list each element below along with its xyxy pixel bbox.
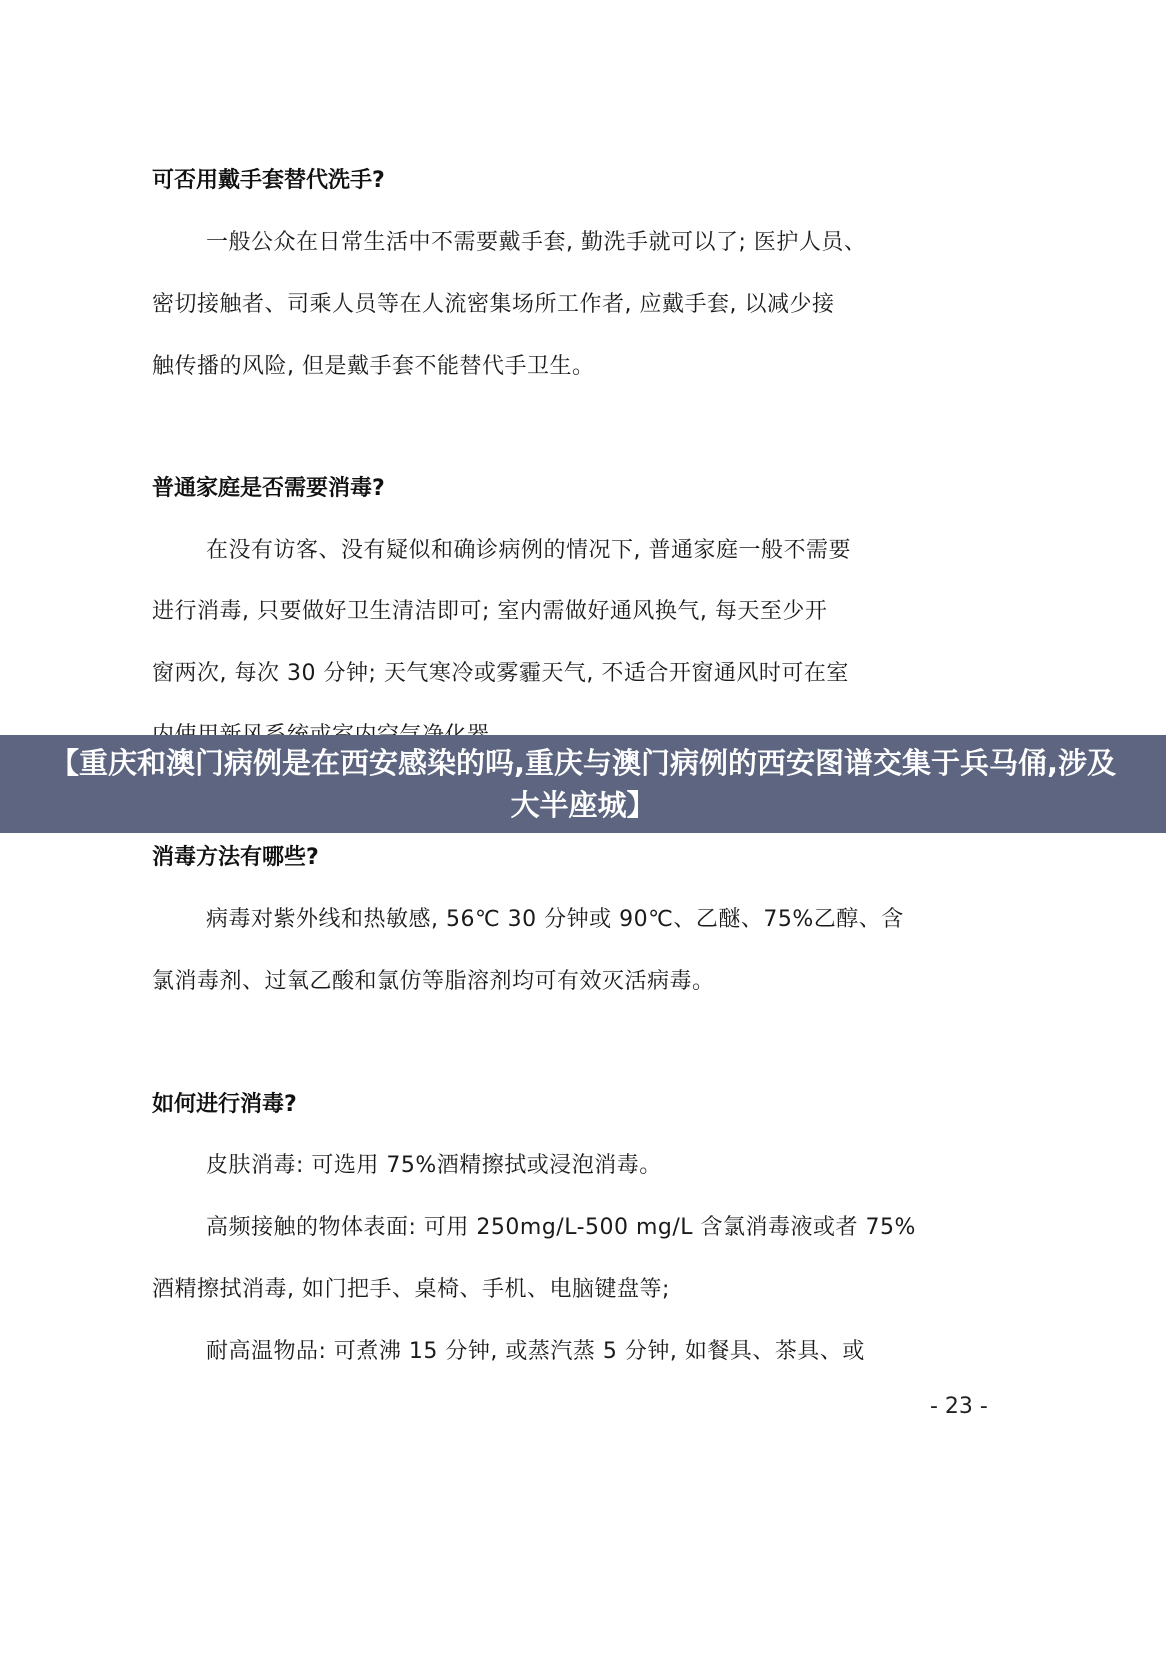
- section-heading-disinfection-methods: 消毒方法有哪些?: [152, 843, 319, 873]
- paragraph-line: 皮肤消毒: 可选用 75%酒精擦拭或浸泡消毒。: [206, 1151, 662, 1181]
- paragraph-line: 酒精擦拭消毒, 如门把手、桌椅、手机、电脑键盘等;: [152, 1275, 670, 1305]
- paragraph-line: 进行消毒, 只要做好卫生清洁即可; 室内需做好通风换气, 每天至少开: [152, 597, 827, 627]
- section-heading-how-to-disinfect: 如何进行消毒?: [152, 1090, 297, 1120]
- paragraph-line: 触传播的风险, 但是戴手套不能替代手卫生。: [152, 352, 595, 382]
- paragraph-line: 一般公众在日常生活中不需要戴手套, 勤洗手就可以了; 医护人员、: [206, 228, 866, 258]
- banner-title: 【重庆和澳门病例是在西安感染的吗,重庆与澳门病例的西安图谱交集于兵马俑,涉及大半…: [40, 742, 1126, 826]
- paragraph-line: 高频接触的物体表面: 可用 250mg/L-500 mg/L 含氯消毒液或者 7…: [206, 1213, 916, 1243]
- paragraph-line: 窗两次, 每次 30 分钟; 天气寒冷或雾霾天气, 不适合开窗通风时可在室: [152, 659, 849, 689]
- title-banner: 【重庆和澳门病例是在西安感染的吗,重庆与澳门病例的西安图谱交集于兵马俑,涉及大半…: [0, 735, 1166, 833]
- page-number: - 23 -: [930, 1392, 988, 1422]
- section-heading-home-disinfection: 普通家庭是否需要消毒?: [152, 474, 385, 504]
- paragraph-line: 耐高温物品: 可煮沸 15 分钟, 或蒸汽蒸 5 分钟, 如餐具、茶具、或: [206, 1337, 865, 1367]
- paragraph-line: 病毒对紫外线和热敏感, 56℃ 30 分钟或 90℃、乙醚、75%乙醇、含: [206, 905, 904, 935]
- paragraph-line: 氯消毒剂、过氧乙酸和氯仿等脂溶剂均可有效灭活病毒。: [152, 967, 715, 997]
- section-heading-gloves: 可否用戴手套替代洗手?: [152, 166, 385, 196]
- paragraph-line: 密切接触者、司乘人员等在人流密集场所工作者, 应戴手套, 以减少接: [152, 290, 834, 320]
- document-page: 可否用戴手套替代洗手? 一般公众在日常生活中不需要戴手套, 勤洗手就可以了; 医…: [0, 0, 1166, 1654]
- paragraph-line: 在没有访客、没有疑似和确诊病例的情况下, 普通家庭一般不需要: [206, 536, 851, 566]
